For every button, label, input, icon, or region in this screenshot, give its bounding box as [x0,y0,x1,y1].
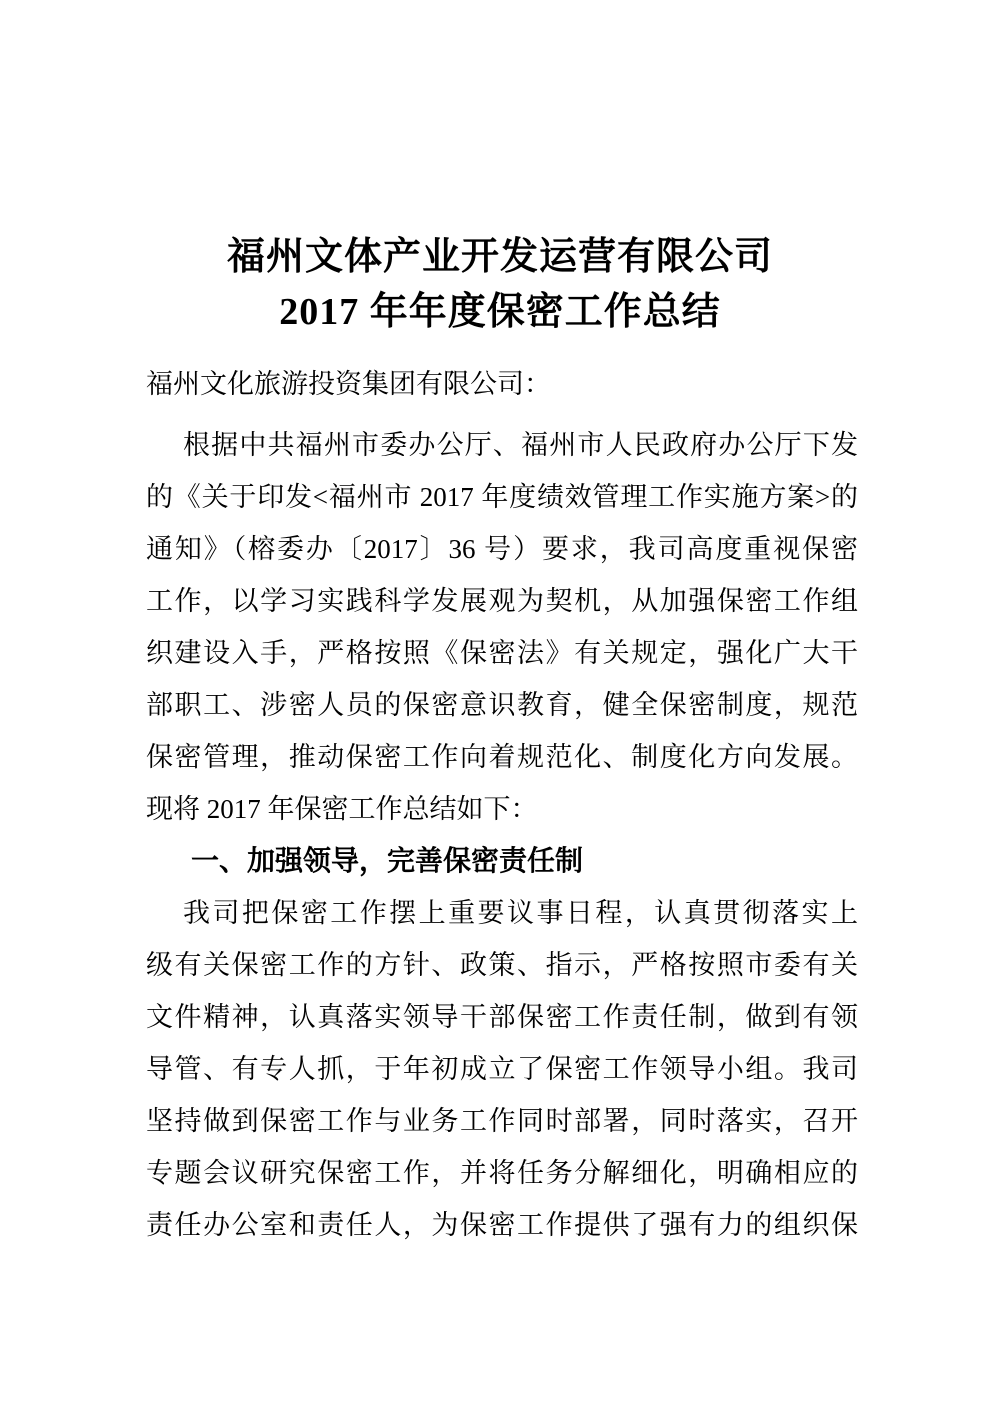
text-line: 工作，以学习实践科学发展观为契机，从加强保密工作组 [146,575,858,627]
paragraph-2: 我司把保密工作摆上重要议事日程，认真贯彻落实上级有关保密工作的方针、政策、指示，… [146,887,858,1251]
text-line: 保密管理，推动保密工作向着规范化、制度化方向发展。 [146,731,858,783]
text-line: 级有关保密工作的方针、政策、指示，严格按照市委有关 [146,939,858,991]
document-page: 福州文体产业开发运营有限公司 2017 年年度保密工作总结 福州文化旅游投资集团… [0,0,1000,1415]
document-title-line-1: 福州文体产业开发运营有限公司 [0,230,1000,285]
text-line: 根据中共福州市委办公厅、福州市人民政府办公厅下发 [146,419,858,471]
text-line: 文件精神，认真落实领导干部保密工作责任制，做到有领 [146,991,858,1043]
text-line: 坚持做到保密工作与业务工作同时部署，同时落实，召开 [146,1095,858,1147]
section-heading-1: 一、加强领导，完善保密责任制 [146,835,858,887]
text-line: 我司把保密工作摆上重要议事日程，认真贯彻落实上 [146,887,858,939]
document-title: 福州文体产业开发运营有限公司 2017 年年度保密工作总结 [0,230,1000,340]
text-line: 的《关于印发<福州市 2017 年度绩效管理工作实施方案>的 [146,471,858,523]
text-line: 责任办公室和责任人，为保密工作提供了强有力的组织保 [146,1199,858,1251]
paragraph-1: 根据中共福州市委办公厅、福州市人民政府办公厅下发的《关于印发<福州市 2017 … [146,419,858,835]
text-line: 通知》（榕委办〔2017〕36 号）要求，我司高度重视保密 [146,523,858,575]
salutation: 福州文化旅游投资集团有限公司： [146,358,858,410]
document-body: 根据中共福州市委办公厅、福州市人民政府办公厅下发的《关于印发<福州市 2017 … [146,419,858,1251]
document-title-line-2: 2017 年年度保密工作总结 [0,285,1000,340]
text-line: 部职工、涉密人员的保密意识教育，健全保密制度，规范 [146,679,858,731]
document-content: 福州文化旅游投资集团有限公司： 根据中共福州市委办公厅、福州市人民政府办公厅下发… [146,358,858,1251]
text-line: 现将 2017 年保密工作总结如下： [146,783,858,835]
text-line: 织建设入手，严格按照《保密法》有关规定，强化广大干 [146,627,858,679]
text-line: 专题会议研究保密工作，并将任务分解细化，明确相应的 [146,1147,858,1199]
text-line: 导管、有专人抓，于年初成立了保密工作领导小组。我司 [146,1043,858,1095]
